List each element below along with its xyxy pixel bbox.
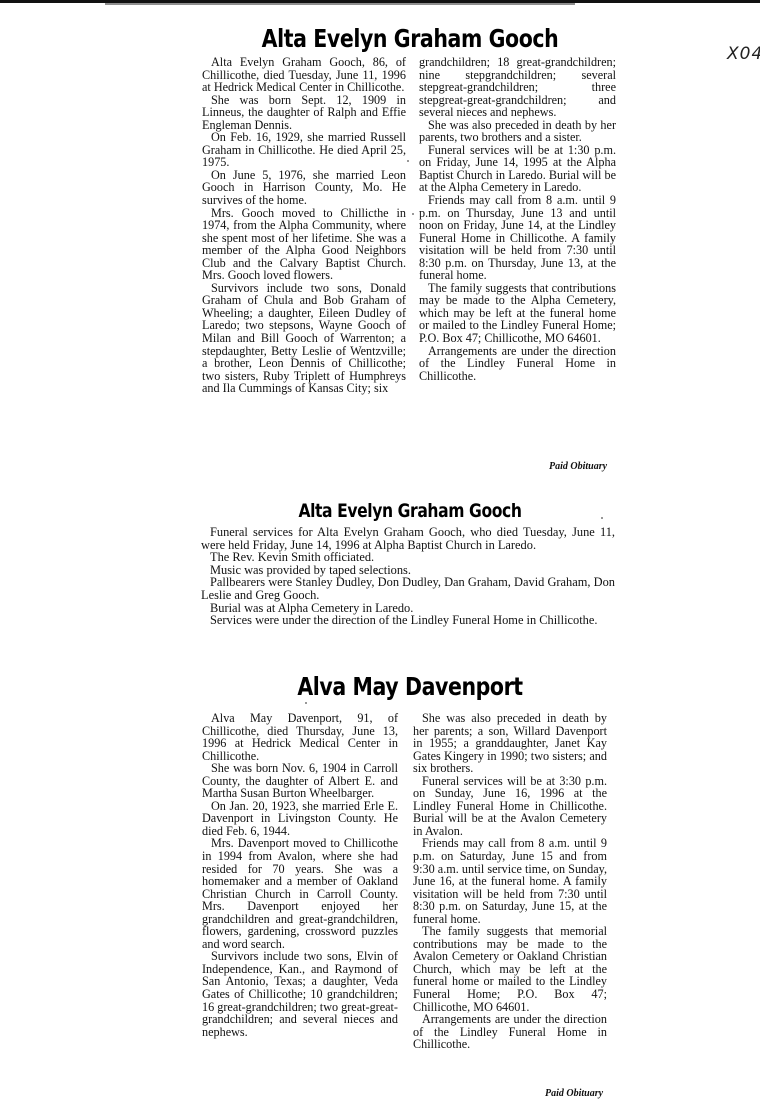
paragraph: Funeral services for Alta Evelyn Graham … [201,526,615,551]
obituary-1-column-2: grandchildren; 18 great-grandchildren; n… [419,56,616,382]
paragraph: Alta Evelyn Graham Gooch, 86, of Chillic… [202,56,406,94]
scan-speck [601,517,603,519]
paragraph: She was born Sept. 12, 1909 in Linneus, … [202,94,406,132]
scan-top-border-shadow [105,3,575,5]
obituary-3-paid-label: Paid Obituary [545,1088,603,1099]
paragraph: On June 5, 1976, she married Leon Gooch … [202,169,406,207]
paragraph: She was born Nov. 6, 1904 in Carroll Cou… [202,762,398,800]
paragraph: Services were under the direction of the… [201,614,615,627]
obituary-3-column-2: She was also preceded in death by her pa… [413,712,607,1051]
paragraph: Friends may call from 8 a.m. until 9 p.m… [413,837,607,925]
obituary-2-title: Alta Evelyn Graham Gooch [238,500,582,522]
paragraph-continued: grandchildren; 18 great-grandchildren; n… [419,56,616,119]
paragraph: Arrangements are under the direction of … [413,1013,607,1051]
paragraph: On Feb. 16, 1929, she married Russell Gr… [202,131,406,169]
paragraph: Pallbearers were Stanley Dudley, Don Dud… [201,576,615,601]
obituary-3-title: Alva May Davenport [238,672,582,701]
obituary-2-body: Funeral services for Alta Evelyn Graham … [201,526,615,627]
paragraph: The family suggests that memorial contri… [413,925,607,1013]
paragraph: Survivors include two sons, Donald Graha… [202,282,406,395]
paragraph: She was also preceded in death by her pa… [419,119,616,144]
paragraph: Funeral services will be at 3:30 p.m. on… [413,775,607,838]
scan-speck [305,702,307,704]
paragraph: Funeral services will be at 1:30 p.m. on… [419,144,616,194]
paragraph: Mrs. Davenport moved to Chillicothe in 1… [202,837,398,950]
obituary-1-paid-label: Paid Obituary [549,461,607,472]
paragraph: The Rev. Kevin Smith officiated. [201,551,615,564]
paragraph: Mrs. Gooch moved to Chillicthe in 1974, … [202,207,406,282]
paragraph: The family suggests that contributions m… [419,282,616,345]
obituary-1-title: Alta Evelyn Graham Gooch [238,24,582,53]
paragraph: Survivors include two sons, Elvin of Ind… [202,950,398,1038]
paragraph: She was also preceded in death by her pa… [413,712,607,775]
obituary-3-column-1: Alva May Davenport, 91, of Chillicothe, … [202,712,398,1038]
obituary-1-column-1: Alta Evelyn Graham Gooch, 86, of Chillic… [202,56,406,395]
paragraph: On Jan. 20, 1923, she married Erle E. Da… [202,800,398,838]
handwritten-margin-note: X04 [727,44,760,64]
paragraph: Friends may call from 8 a.m. until 9 p.m… [419,194,616,282]
paragraph: Alva May Davenport, 91, of Chillicothe, … [202,712,398,762]
scan-speck [407,160,409,162]
scan-speck [412,213,414,215]
paragraph: Arrangements are under the direction of … [419,345,616,383]
